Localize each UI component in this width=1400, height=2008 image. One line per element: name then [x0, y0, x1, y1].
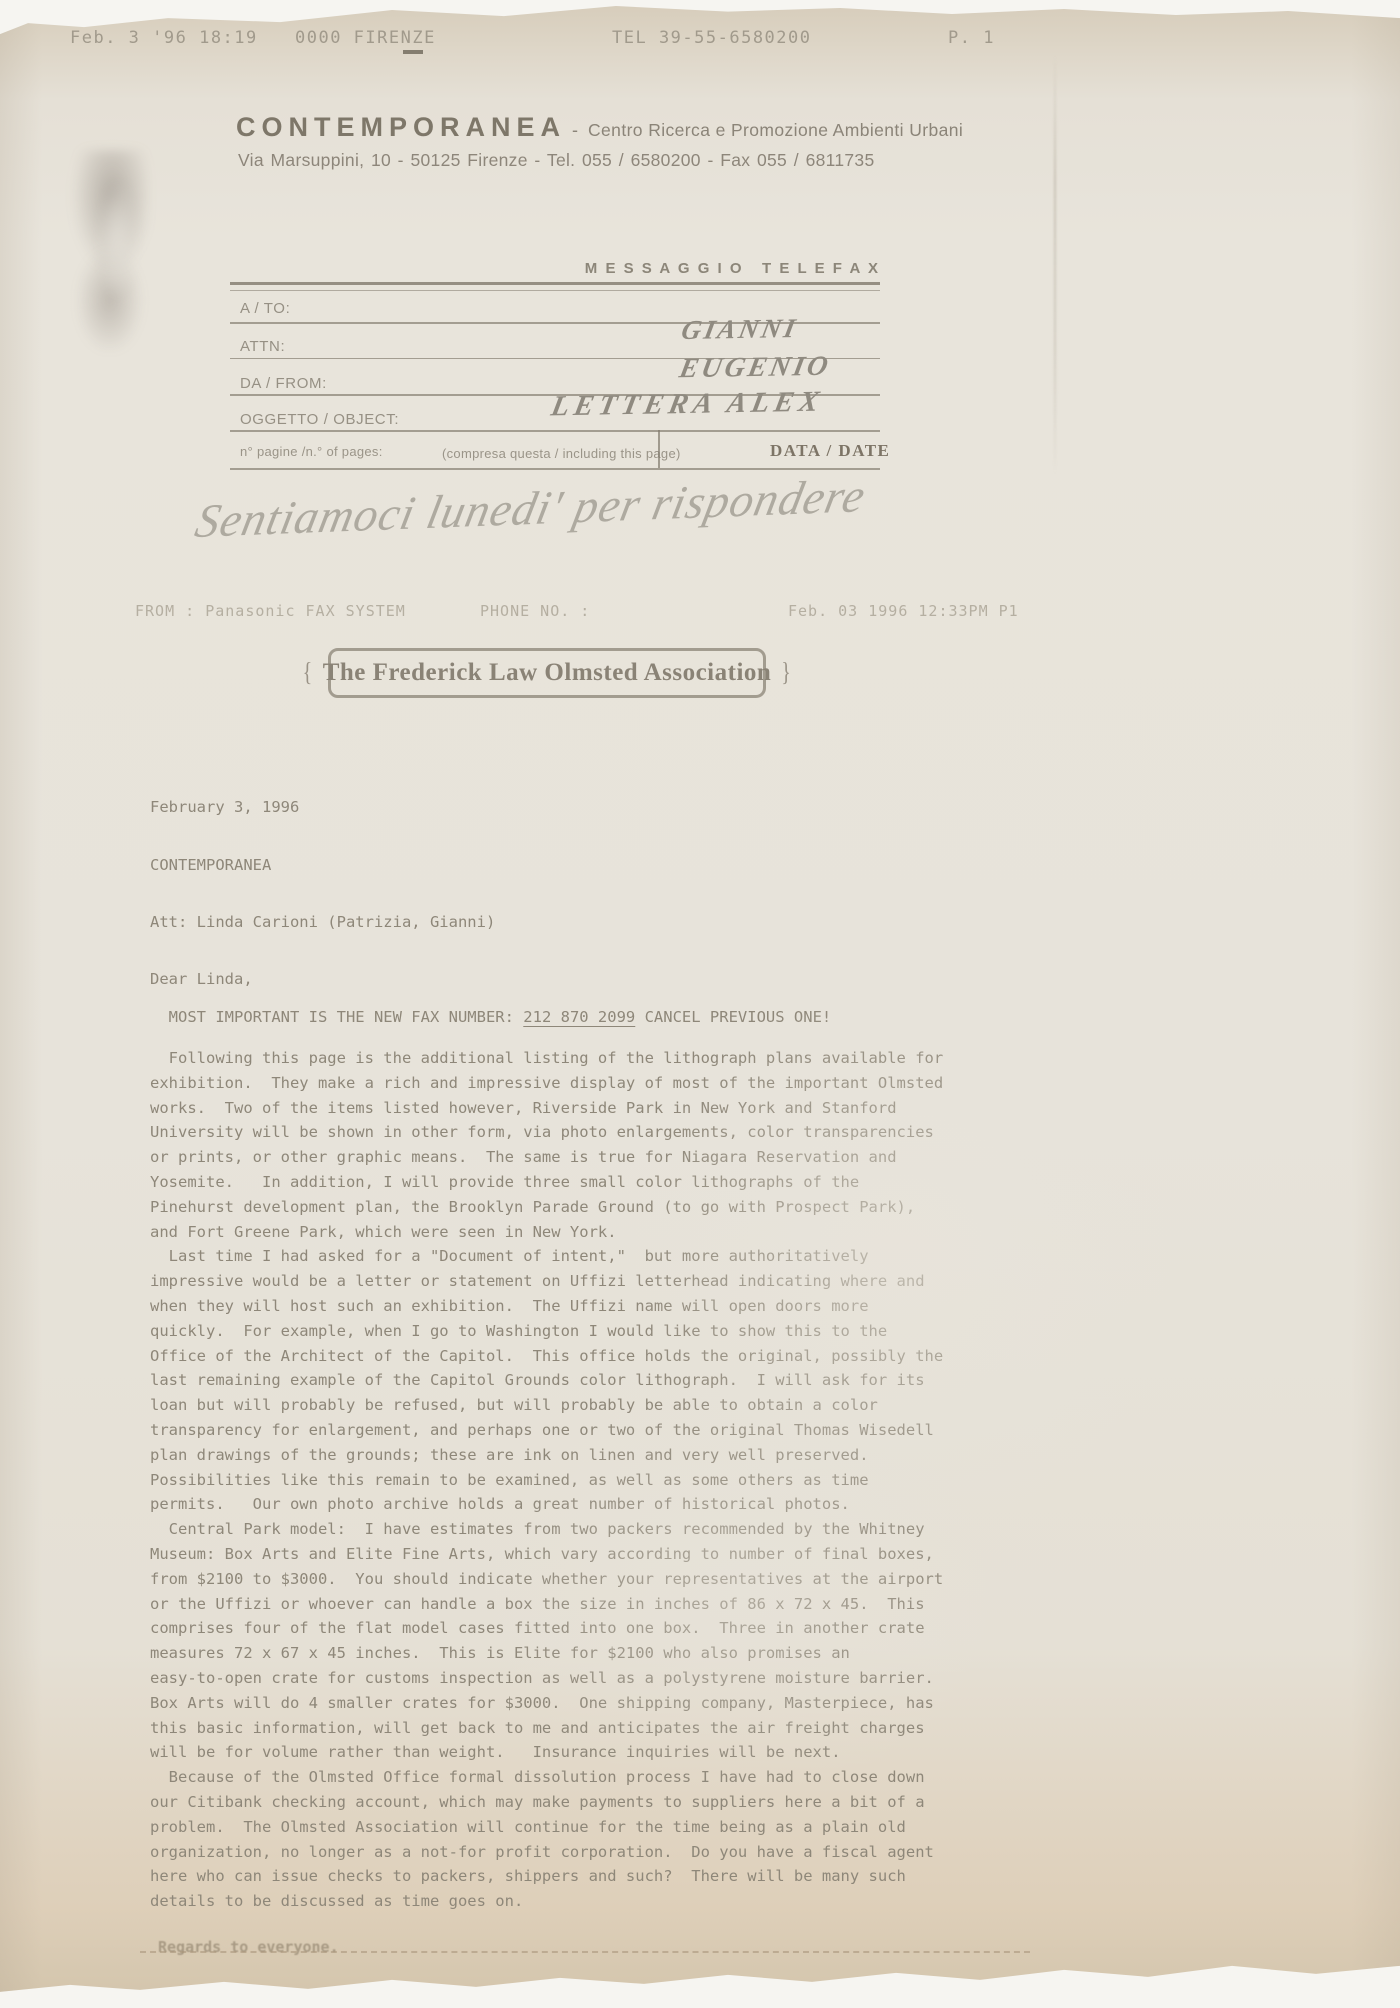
fax-header-phone: TEL 39-55-6580200: [612, 28, 812, 48]
letter-body: Following this page is the additional li…: [150, 1046, 1020, 1914]
stamp-ornament-right: }: [781, 658, 791, 688]
association-stamp: { The Frederick Law Olmsted Association …: [328, 648, 766, 698]
fax-stamp-from: FROM : Panasonic FAX SYSTEM: [135, 602, 406, 620]
field-value-attn-handwritten: GIANNI: [679, 313, 801, 346]
fax-stamp-phone: PHONE NO. :: [480, 602, 590, 620]
important-prefix: MOST IMPORTANT IS THE NEW FAX NUMBER:: [150, 1008, 523, 1026]
field-label-to: A / TO:: [240, 300, 290, 317]
important-suffix: CANCEL PREVIOUS ONE!: [635, 1008, 831, 1026]
field-line-subject: [230, 430, 880, 432]
stain-highlight: [98, 180, 138, 300]
stamp-ornament-left: {: [303, 658, 313, 688]
handwritten-note: Sentiamoci lunedi' per rispondere: [191, 469, 871, 549]
letterhead: CONTEMPORANEA-Centro Ricerca e Promozion…: [236, 112, 963, 143]
letter-important-line: MOST IMPORTANT IS THE NEW FAX NUMBER: 21…: [150, 1008, 831, 1026]
form-title-rule: [230, 282, 880, 291]
paper-crease: [1054, 55, 1056, 475]
form-bottom-line: [230, 468, 880, 470]
field-value-subject-handwritten: LETTERA ALEX: [548, 386, 826, 424]
form-title: M E S S A G G I O T E L E F A X: [560, 260, 880, 277]
scanned-fax-document: { "fax_header": { "time_line": "Feb. 3 '…: [0, 0, 1400, 2008]
closing-dashed-line: [140, 1951, 1030, 1953]
fax-stamp-datetime: Feb. 03 1996 12:33PM P1: [788, 602, 1019, 620]
company-name: CONTEMPORANEA: [236, 112, 566, 142]
header-dash-mark: [403, 50, 423, 54]
date-label: DATA / DATE: [770, 441, 890, 461]
field-label-attn: ATTN:: [240, 338, 285, 355]
company-tagline: Centro Ricerca e Promozione Ambienti Urb…: [588, 120, 963, 140]
fax-header-datetime: Feb. 3 '96 18:19: [70, 28, 258, 48]
association-stamp-text: The Frederick Law Olmsted Association: [323, 659, 772, 687]
field-value-from-handwritten: EUGENIO: [677, 351, 834, 386]
ink-smudge-stain: [68, 150, 148, 280]
letterhead-separator: -: [572, 120, 578, 140]
form-cell-divider: [658, 430, 660, 468]
letter-recipient: CONTEMPORANEA: [150, 856, 271, 874]
company-address: Via Marsuppini, 10 - 50125 Firenze - Tel…: [238, 150, 875, 171]
new-fax-number: 212 870 2099: [523, 1008, 635, 1026]
letter-closing: Regards to everyone.: [158, 1938, 339, 1956]
letter-attention: Att: Linda Carioni (Patrizia, Gianni): [150, 913, 495, 931]
field-label-subject: OGGETTO / OBJECT:: [240, 411, 399, 428]
ink-smudge-stain-lower: [78, 240, 148, 350]
fax-header-station: 0000 FIRENZE: [295, 28, 436, 48]
fax-header-page-number: P. 1: [948, 28, 995, 48]
fax-paper: Feb. 3 '96 18:19 0000 FIRENZE TEL 39-55-…: [0, 0, 1400, 2008]
letter-salutation: Dear Linda,: [150, 970, 253, 988]
pages-label: n° pagine /n.° of pages:: [240, 444, 383, 459]
field-label-from: DA / FROM:: [240, 375, 327, 392]
letter-date: February 3, 1996: [150, 798, 299, 816]
pages-note: (compresa questa / including this page): [442, 446, 681, 461]
